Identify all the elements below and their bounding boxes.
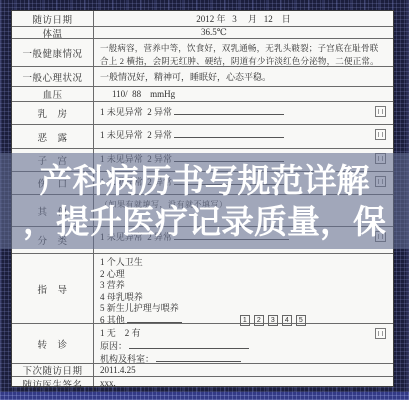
row-label: 乳 房 <box>12 102 94 124</box>
row-label: 血压 <box>12 87 94 101</box>
caption-line-1: 产科病历书写规范详解 <box>40 160 370 201</box>
referral-reason-label: 原因： <box>100 341 127 351</box>
referral-reason: 原因： <box>100 340 387 353</box>
guidance-item: 4 母乳喂养 <box>100 292 387 304</box>
blood-pressure-value: 110/ 88 mmHg <box>94 87 393 101</box>
table-row-lochia: 恶 露 1 未见异常 2 异常 <box>12 124 393 148</box>
referral-org-label: 机构及科室： <box>100 354 154 364</box>
guidance-item-other-text: 6 其他 <box>100 315 125 325</box>
doctor-sign-value: xxx. <box>94 377 393 391</box>
row-label: 体温 <box>12 27 94 38</box>
table-row-doctor-sign: 随访医生签名 xxx. <box>12 376 393 391</box>
table-row-followup-date: 随访日期 2012 年 3 月 12 日 <box>12 11 393 26</box>
general-health-value: 一般病容，营养中等，饮食好，双乳通畅，无乳头皲裂；子宫底在耻骨联合上 2 横指，… <box>94 39 393 66</box>
option-text: 1 未见异常 2 异常 <box>100 130 172 140</box>
row-label: 随访医生签名 <box>12 377 94 391</box>
followup-date-value: 2012 年 3 月 12 日 <box>94 11 393 26</box>
guidance-item: 1 个人卫生 <box>100 257 387 269</box>
row-label: 恶 露 <box>12 125 94 148</box>
referral-value: 1 无 2 有 原因： 机构及科室： <box>94 324 393 363</box>
table-row-referral: 转 诊 1 无 2 有 原因： 机构及科室： <box>12 323 393 363</box>
table-row-next-visit: 下次随访日期 2011.4.25 <box>12 363 393 376</box>
table-row-general-health: 一般健康情况 一般病容，营养中等，饮食好，双乳通畅，无乳头皲裂；子宫底在耻骨联合… <box>12 38 393 66</box>
code-box-icon <box>375 328 386 339</box>
row-label: 一般健康情况 <box>12 39 94 66</box>
guidance-item: 3 营养 <box>100 280 387 292</box>
guidance-items: 1 个人卫生 2 心理 3 营养 4 母乳喂养 5 新生儿护理与喂养 6 其他1… <box>94 254 393 323</box>
breast-options: 1 未见异常 2 异常 <box>94 102 393 124</box>
mental-state-value: 一般情况好，精神可，睡眠好，心态平稳。 <box>94 67 393 86</box>
table-row-mental-state: 一般心理状况 一般情况好，精神可，睡眠好，心态平稳。 <box>12 66 393 86</box>
guidance-item: 5 新生儿护理与喂养 <box>100 303 387 315</box>
temperature-value: 36.5℃ <box>94 27 393 38</box>
row-label: 指 导 <box>12 254 94 323</box>
table-row-breast: 乳 房 1 未见异常 2 异常 <box>12 101 393 124</box>
blank-underline <box>174 130 284 138</box>
lochia-options: 1 未见异常 2 异常 <box>94 125 393 148</box>
table-row-blood-pressure: 血压 110/ 88 mmHg <box>12 86 393 101</box>
blank-underline <box>127 315 182 323</box>
table-row-temperature: 体温 36.5℃ <box>12 26 393 38</box>
row-label: 下次随访日期 <box>12 364 94 376</box>
row-label: 一般心理状况 <box>12 67 94 86</box>
referral-options: 1 无 2 有 <box>100 327 387 340</box>
code-box-icon <box>375 106 386 117</box>
table-row-guidance: 指 导 1 个人卫生 2 心理 3 营养 4 母乳喂养 5 新生儿护理与喂养 6… <box>12 253 393 323</box>
screenshot-root: 随访日期 2012 年 3 月 12 日 体温 36.5℃ 一般健康情况 一般病… <box>0 0 409 400</box>
blank-underline <box>174 107 284 115</box>
caption-overlay: 产科病历书写规范详解 ，提升医疗记录质量，保 <box>0 153 409 249</box>
guidance-item: 2 心理 <box>100 269 387 281</box>
row-label: 转 诊 <box>12 324 94 363</box>
code-box-icon <box>375 129 386 140</box>
blank-underline <box>129 341 249 349</box>
row-label: 随访日期 <box>12 11 94 26</box>
caption-line-2: ，提升医疗记录质量，保 <box>23 201 386 242</box>
bottom-border-strip <box>0 392 409 400</box>
blank-underline <box>156 354 241 362</box>
option-text: 1 未见异常 2 异常 <box>100 107 172 117</box>
next-visit-value: 2011.4.25 <box>94 364 393 376</box>
